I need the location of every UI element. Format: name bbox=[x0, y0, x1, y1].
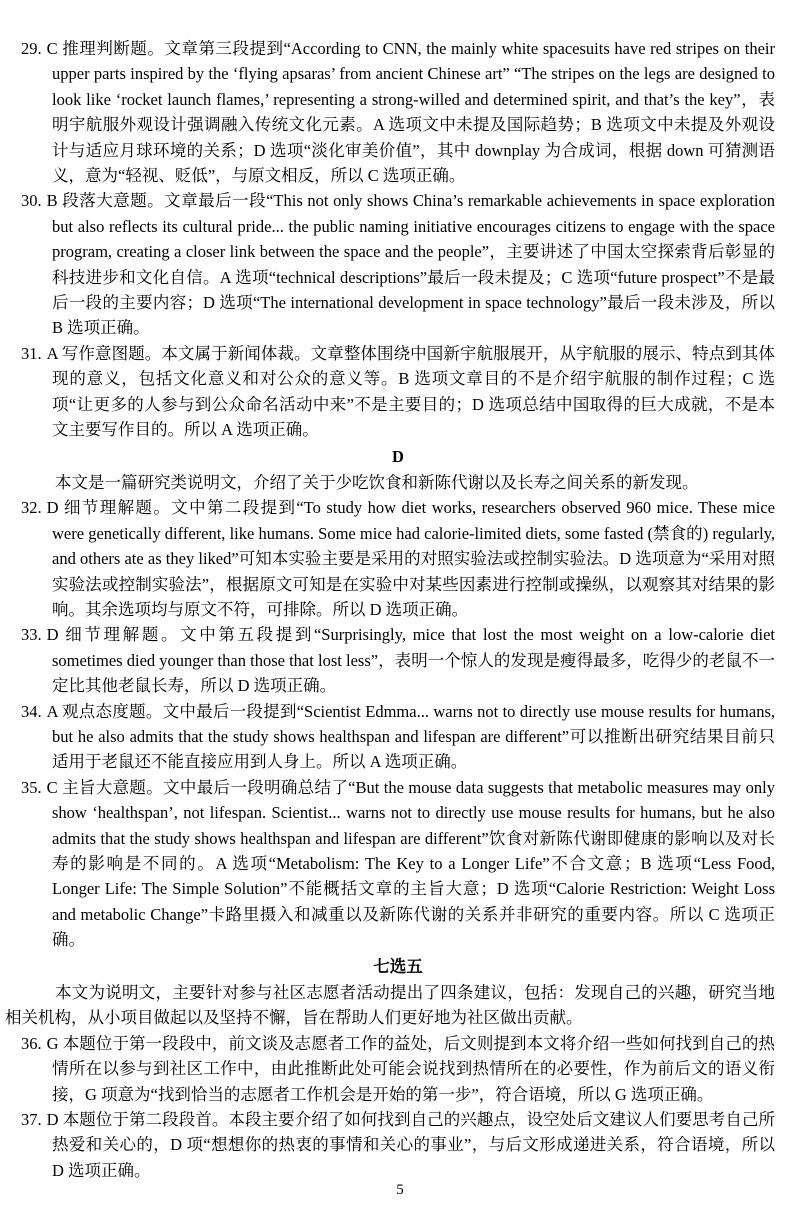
answer-item-34: 34.A 观点态度题。文中最后一段提到“Scientist Edmma... w… bbox=[21, 699, 775, 775]
item-number: 32. bbox=[21, 498, 42, 517]
answer-key-page: 29.C 推理判断题。文章第三段提到“According to CNN, the… bbox=[0, 0, 800, 1214]
answer-item-37: 37.D 本题位于第二段段首。本段主要介绍了如何找到自己的兴趣点，设空处后文建议… bbox=[21, 1107, 775, 1183]
answer-item-35: 35.C 主旨大意题。文中最后一段明确总结了“But the mouse dat… bbox=[21, 775, 775, 953]
item-number: 37. bbox=[21, 1110, 42, 1129]
item-number: 31. bbox=[21, 344, 42, 363]
answer-item-31: 31.A 写作意图题。本文属于新闻体裁。文章整体围绕中国新宇航服展开，从宇航服的… bbox=[21, 341, 775, 443]
item-text: C 推理判断题。文章第三段提到“According to CNN, the ma… bbox=[47, 39, 775, 185]
item-text: A 观点态度题。文中最后一段提到“Scientist Edmma... warn… bbox=[47, 702, 775, 772]
item-number: 34. bbox=[21, 702, 42, 721]
item-text: C 主旨大意题。文中最后一段明确总结了“But the mouse data s… bbox=[47, 778, 775, 949]
item-text: D 本题位于第二段段首。本段主要介绍了如何找到自己的兴趣点，设空处后文建议人们要… bbox=[47, 1110, 775, 1180]
item-number: 29. bbox=[21, 39, 42, 58]
item-number: 33. bbox=[21, 625, 42, 644]
item-number: 36. bbox=[21, 1034, 42, 1053]
item-number: 35. bbox=[21, 778, 42, 797]
page-number: 5 bbox=[0, 1183, 800, 1198]
answer-item-29: 29.C 推理判断题。文章第三段提到“According to CNN, the… bbox=[21, 36, 775, 188]
page-content: 29.C 推理判断题。文章第三段提到“According to CNN, the… bbox=[0, 0, 800, 1183]
answer-item-30: 30.B 段落大意题。文章最后一段“This not only shows Ch… bbox=[21, 188, 775, 340]
answer-item-33: 33.D 细节理解题。文中第五段提到“Surprisingly, mice th… bbox=[21, 622, 775, 698]
item-text: G 本题位于第一段段中，前文谈及志愿者工作的益处，后文则提到本文将介绍一些如何找… bbox=[47, 1034, 775, 1104]
passage-d-summary: 本文是一篇研究类说明文，介绍了关于少吃饮食和新陈代谢以及长寿之间关系的新发现。 bbox=[5, 470, 775, 495]
answer-item-36: 36.G 本题位于第一段段中，前文谈及志愿者工作的益处，后文则提到本文将介绍一些… bbox=[21, 1031, 775, 1107]
seven-choose-five-summary: 本文为说明文，主要针对参与社区志愿者活动提出了四条建议，包括：发现自己的兴趣，研… bbox=[5, 980, 775, 1031]
item-text: D 细节理解题。文中第二段提到“To study how diet works,… bbox=[47, 498, 775, 619]
answer-item-32: 32.D 细节理解题。文中第二段提到“To study how diet wor… bbox=[21, 495, 775, 622]
item-text: D 细节理解题。文中第五段提到“Surprisingly, mice that … bbox=[47, 625, 775, 695]
section-heading-seven-choose-five: 七选五 bbox=[21, 954, 775, 979]
item-number: 30. bbox=[21, 191, 42, 210]
section-heading-passage-d: D bbox=[21, 444, 775, 469]
item-text: A 写作意图题。本文属于新闻体裁。文章整体围绕中国新宇航服展开，从宇航服的展示、… bbox=[47, 344, 775, 439]
item-text: B 段落大意题。文章最后一段“This not only shows China… bbox=[47, 191, 775, 337]
